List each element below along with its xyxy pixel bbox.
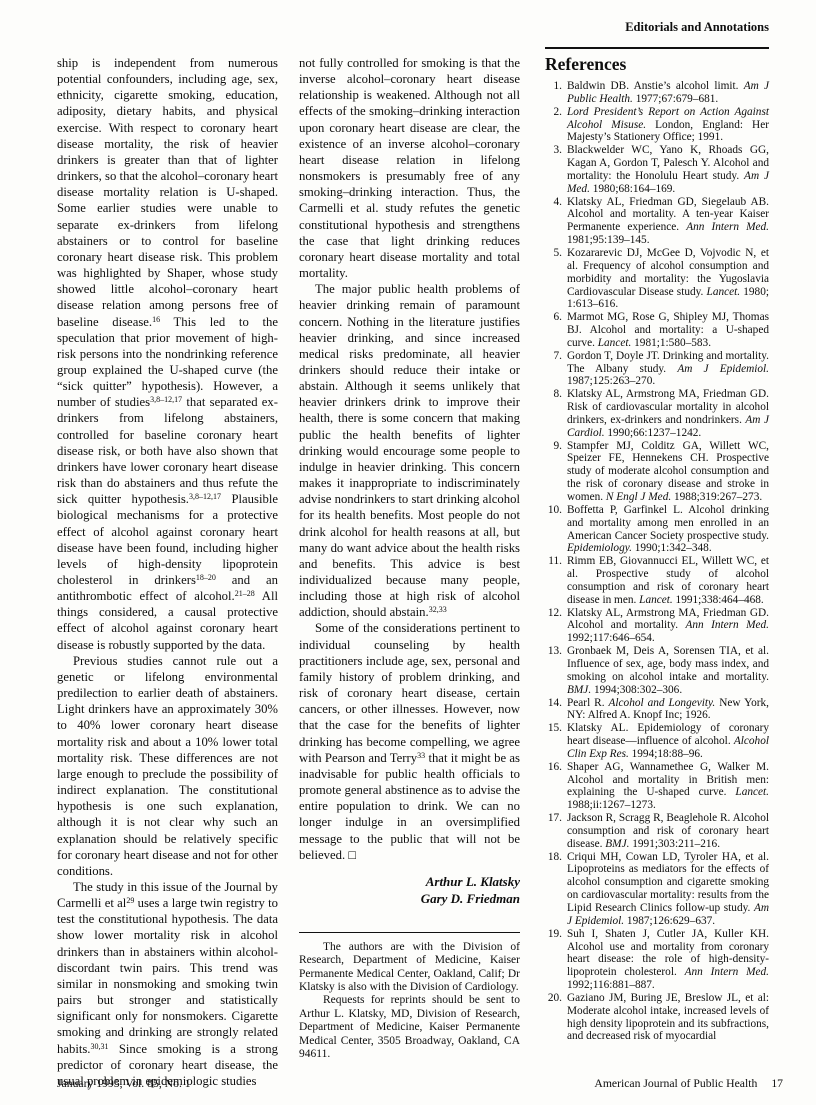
reference-number: 19. bbox=[545, 928, 562, 992]
reference-item: 3.Blackwelder WC, Yano K, Rhoads GG, Kag… bbox=[545, 144, 769, 195]
body-column-1: ship is independent from numerous potent… bbox=[57, 55, 278, 1089]
reference-item: 17.Jackson R, Scragg R, Beaglehole R. Al… bbox=[545, 812, 769, 851]
author-footnote: The authors are with the Division of Res… bbox=[299, 941, 520, 1062]
reference-item: 20.Gaziano JM, Buring JE, Breslow JL, et… bbox=[545, 992, 769, 1043]
text-run: 1991;303:211–216. bbox=[629, 838, 720, 850]
text-run: 1994;18:88–96. bbox=[629, 748, 703, 760]
reference-text: Gaziano JM, Buring JE, Breslow JL, et al… bbox=[567, 992, 769, 1043]
reference-text: Pearl R. Alcohol and Longevity. New York… bbox=[567, 697, 769, 723]
text-run: that it might be as inadvisable for publ… bbox=[299, 751, 520, 862]
text-run: 1994;308:302–306. bbox=[591, 684, 682, 696]
text-run: Lancet. bbox=[707, 286, 741, 298]
reference-number: 5. bbox=[545, 247, 562, 311]
text-run: Ann Intern Med. bbox=[686, 221, 769, 233]
text-run: 1981;95:139–145. bbox=[567, 234, 650, 246]
reference-item: 14.Pearl R. Alcohol and Longevity. New Y… bbox=[545, 697, 769, 723]
reference-text: Kozararevic DJ, McGee D, Vojvodic N, et … bbox=[567, 247, 769, 311]
reference-text: Klatsky AL, Friedman GD, Siegelaub AB. A… bbox=[567, 196, 769, 247]
reference-text: Rimm EB, Giovannucci EL, Willett WC, et … bbox=[567, 555, 769, 606]
references-divider bbox=[545, 47, 769, 49]
reference-text: Blackwelder WC, Yano K, Rhoads GG, Kagan… bbox=[567, 144, 769, 195]
text-run: BMJ. bbox=[605, 838, 629, 850]
footer-journal: American Journal of Public Health17 bbox=[594, 1077, 783, 1090]
reference-item: 7.Gordon T, Doyle JT. Drinking and morta… bbox=[545, 350, 769, 389]
text-run: Ann Intern Med. bbox=[685, 619, 769, 631]
references-list: 1.Baldwin DB. Anstie’s alcohol limit. Am… bbox=[545, 80, 769, 1043]
reference-number: 2. bbox=[545, 106, 562, 145]
text-run: Previous studies cannot rule out a genet… bbox=[57, 654, 278, 878]
footnote-divider bbox=[299, 932, 520, 933]
paragraph: The authors are with the Division of Res… bbox=[299, 941, 520, 995]
text-run: 1992;116:881–887. bbox=[567, 979, 655, 991]
reference-number: 3. bbox=[545, 144, 562, 195]
text-run: 1988;ii:1267–1273. bbox=[567, 799, 656, 811]
text-run: 1992;117:646–654. bbox=[567, 632, 655, 644]
reference-text: Boffetta P, Garfinkel L. Alcohol drinkin… bbox=[567, 504, 769, 555]
text-run: Blackwelder WC, Yano K, Rhoads GG, Kagan… bbox=[567, 144, 769, 182]
text-run: The authors are with the Division of Res… bbox=[299, 941, 520, 993]
text-run: Am J Epidemiol. bbox=[677, 363, 769, 375]
reference-number: 12. bbox=[545, 607, 562, 646]
col2-paragraphs: not fully controlled for smoking is that… bbox=[299, 55, 520, 863]
citation-superscript: 3,8–12,17 bbox=[150, 395, 182, 404]
text-run: Alcohol and Longevity. bbox=[609, 697, 716, 709]
reference-text: Klatsky AL, Armstrong MA, Friedman GD. A… bbox=[567, 607, 769, 646]
citation-superscript: 18–20 bbox=[196, 573, 216, 582]
paragraph: ship is independent from numerous potent… bbox=[57, 55, 278, 653]
text-run: 1990;1:342–348. bbox=[632, 542, 712, 554]
reference-item: 11.Rimm EB, Giovannucci EL, Willett WC, … bbox=[545, 555, 769, 606]
reference-number: 9. bbox=[545, 440, 562, 504]
text-run: Lancet. bbox=[639, 594, 673, 606]
reference-number: 14. bbox=[545, 697, 562, 723]
reference-text: Suh I, Shaten J, Cutler JA, Kuller KH. A… bbox=[567, 928, 769, 992]
text-run: Ann Intern Med. bbox=[685, 966, 769, 978]
body-column-2: not fully controlled for smoking is that… bbox=[299, 55, 520, 1061]
citation-superscript: 21–28 bbox=[235, 589, 255, 598]
text-run: Gaziano JM, Buring JE, Breslow JL, et al… bbox=[567, 992, 769, 1043]
paragraph: Some of the considerations pertinent to … bbox=[299, 620, 520, 862]
citation-superscript: 3,8–12,17 bbox=[189, 492, 221, 501]
text-run: 1991;338:464–468. bbox=[673, 594, 764, 606]
references-column: References 1.Baldwin DB. Anstie’s alcoho… bbox=[545, 20, 769, 1043]
text-run: Pearl R. bbox=[567, 697, 609, 709]
reference-item: 9.Stampfer MJ, Colditz GA, Willett WC, S… bbox=[545, 440, 769, 504]
text-run: 1980;68:164–169. bbox=[590, 183, 675, 195]
text-run: BMJ. bbox=[567, 684, 591, 696]
reference-item: 6.Marmot MG, Rose G, Shipley MJ, Thomas … bbox=[545, 311, 769, 350]
reference-text: Shaper AG, Wannamethee G, Walker M. Alco… bbox=[567, 761, 769, 812]
text-run: The major public health problems of heav… bbox=[299, 282, 520, 619]
text-run: Boffetta P, Garfinkel L. Alcohol drinkin… bbox=[567, 504, 769, 542]
author-signature: Arthur L. Klatsky Gary D. Friedman bbox=[299, 873, 520, 908]
reference-text: Stampfer MJ, Colditz GA, Willett WC, Spe… bbox=[567, 440, 769, 504]
reference-item: 2.Lord President’s Report on Action Agai… bbox=[545, 106, 769, 145]
reference-number: 8. bbox=[545, 388, 562, 439]
reference-text: Gordon T, Doyle JT. Drinking and mortali… bbox=[567, 350, 769, 389]
citation-superscript: 32,33 bbox=[429, 605, 447, 614]
reference-number: 11. bbox=[545, 555, 562, 606]
reference-number: 1. bbox=[545, 80, 562, 106]
reference-text: Marmot MG, Rose G, Shipley MJ, Thomas BJ… bbox=[567, 311, 769, 350]
reference-number: 17. bbox=[545, 812, 562, 851]
text-run: 1987;125:263–270. bbox=[567, 375, 655, 387]
reference-text: Criqui MH, Cowan LD, Tyroler HA, et al. … bbox=[567, 851, 769, 928]
text-run: 1988;319:267–273. bbox=[671, 491, 762, 503]
citation-superscript: 16 bbox=[152, 315, 160, 324]
reference-item: 16.Shaper AG, Wannamethee G, Walker M. A… bbox=[545, 761, 769, 812]
text-run: Epidemiology. bbox=[567, 542, 632, 554]
reference-number: 20. bbox=[545, 992, 562, 1043]
reference-text: Klatsky AL, Armstrong MA, Friedman GD. R… bbox=[567, 388, 769, 439]
paragraph: The study in this issue of the Journal b… bbox=[57, 879, 278, 1089]
reference-item: 4.Klatsky AL, Friedman GD, Siegelaub AB.… bbox=[545, 196, 769, 247]
reference-item: 15.Klatsky AL. Epidemiology of coronary … bbox=[545, 722, 769, 761]
paragraph: Previous studies cannot rule out a genet… bbox=[57, 653, 278, 879]
text-run: Requests for reprints should be sent to … bbox=[299, 994, 520, 1060]
author-name: Arthur L. Klatsky bbox=[299, 873, 520, 891]
reference-item: 18.Criqui MH, Cowan LD, Tyroler HA, et a… bbox=[545, 851, 769, 928]
text-run: Lancet. bbox=[735, 786, 769, 798]
footer-page-number: 17 bbox=[771, 1077, 783, 1090]
footer-issue: January 1995, Vol. 85, No. 1 bbox=[57, 1077, 191, 1090]
journal-page: Editorials and Annotations ship is indep… bbox=[0, 0, 816, 1105]
reference-item: 13.Gronbaek M, Deis A, Sorensen TIA, et … bbox=[545, 645, 769, 696]
text-run: 1990;66:1237–1242. bbox=[605, 427, 702, 439]
paragraph: not fully controlled for smoking is that… bbox=[299, 55, 520, 281]
reference-item: 1.Baldwin DB. Anstie’s alcohol limit. Am… bbox=[545, 80, 769, 106]
text-run: 1987;126:629–637. bbox=[624, 915, 715, 927]
text-run: N Engl J Med. bbox=[606, 491, 671, 503]
reference-text: Gronbaek M, Deis A, Sorensen TIA, et al.… bbox=[567, 645, 769, 696]
reference-text: Klatsky AL. Epidemiology of coronary hea… bbox=[567, 722, 769, 761]
reference-item: 12.Klatsky AL, Armstrong MA, Friedman GD… bbox=[545, 607, 769, 646]
reference-number: 18. bbox=[545, 851, 562, 928]
reference-item: 19.Suh I, Shaten J, Cutler JA, Kuller KH… bbox=[545, 928, 769, 992]
text-run: that separated ex-drinkers from lifelong… bbox=[57, 395, 278, 506]
citation-superscript: 33 bbox=[417, 751, 425, 760]
author-name: Gary D. Friedman bbox=[299, 890, 520, 908]
reference-text: Lord President’s Report on Action Agains… bbox=[567, 106, 769, 145]
text-run: Klatsky AL, Armstrong MA, Friedman GD. R… bbox=[567, 388, 769, 426]
text-run: 1977;67:679–681. bbox=[633, 93, 718, 105]
text-run: Baldwin DB. Anstie’s alcohol limit. bbox=[567, 80, 744, 92]
text-run: Some of the considerations pertinent to … bbox=[299, 621, 520, 764]
reference-number: 7. bbox=[545, 350, 562, 389]
paragraph: Requests for reprints should be sent to … bbox=[299, 994, 520, 1061]
reference-item: 5.Kozararevic DJ, McGee D, Vojvodic N, e… bbox=[545, 247, 769, 311]
reference-number: 6. bbox=[545, 311, 562, 350]
references-title: References bbox=[545, 54, 769, 75]
reference-text: Baldwin DB. Anstie’s alcohol limit. Am J… bbox=[567, 80, 769, 106]
reference-text: Jackson R, Scragg R, Beaglehole R. Alcoh… bbox=[567, 812, 769, 851]
text-run: Lancet. bbox=[598, 337, 632, 349]
text-run: Gronbaek M, Deis A, Sorensen TIA, et al.… bbox=[567, 645, 769, 683]
reference-number: 13. bbox=[545, 645, 562, 696]
text-run: not fully controlled for smoking is that… bbox=[299, 56, 520, 280]
text-run: Criqui MH, Cowan LD, Tyroler HA, et al. … bbox=[567, 851, 769, 914]
footer-journal-name: American Journal of Public Health bbox=[594, 1077, 757, 1090]
reference-number: 16. bbox=[545, 761, 562, 812]
text-run: 1981;1:580–583. bbox=[631, 337, 711, 349]
reference-number: 15. bbox=[545, 722, 562, 761]
text-run: ship is independent from numerous potent… bbox=[57, 56, 278, 329]
reference-item: 10.Boffetta P, Garfinkel L. Alcohol drin… bbox=[545, 504, 769, 555]
text-run: uses a large twin registry to test the c… bbox=[57, 896, 278, 1055]
reference-number: 10. bbox=[545, 504, 562, 555]
reference-number: 4. bbox=[545, 196, 562, 247]
paragraph: The major public health problems of heav… bbox=[299, 281, 520, 620]
citation-superscript: 30,31 bbox=[90, 1042, 108, 1051]
reference-item: 8.Klatsky AL, Armstrong MA, Friedman GD.… bbox=[545, 388, 769, 439]
